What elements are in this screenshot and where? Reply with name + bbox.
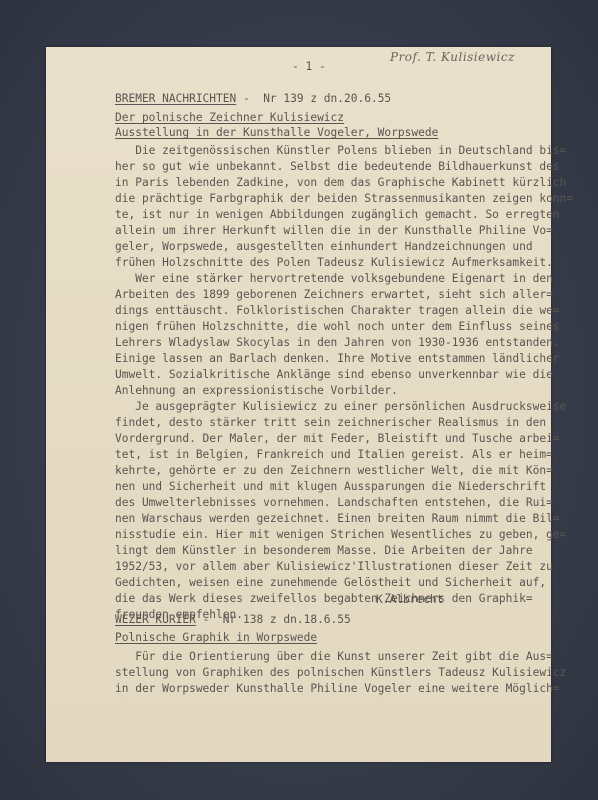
page-number: - 1 - bbox=[292, 60, 326, 74]
article-header: WEZER KURIER - Nr 138 z dn.18.6.55 bbox=[115, 613, 351, 627]
author-signature: K.Albrecht bbox=[376, 593, 443, 607]
body-line: Je ausgeprägter Kulisiewicz zu einer per… bbox=[115, 400, 566, 414]
body-line: nisstudie ein. Hier mit wenigen Strichen… bbox=[115, 528, 566, 542]
body-line: allein um ihrer Herkunft willen die in d… bbox=[115, 224, 553, 238]
article-title: Polnische Graphik in Worpswede bbox=[115, 631, 317, 645]
document-page: - 1 - Prof. T. Kulisiewicz BREMER NACHRI… bbox=[46, 47, 551, 762]
body-line: die das Werk dieses zweifellos begabten … bbox=[115, 592, 533, 606]
body-line: Die zeitgenössischen Künstler Polens bli… bbox=[115, 144, 566, 158]
body-line: kehrte, gehörte er zu den Zeichnern west… bbox=[115, 464, 553, 478]
body-line: des Umwelterlebnisses vornehmen. Landsch… bbox=[115, 496, 553, 510]
issue-info: - Nr 138 z dn.18.6.55 bbox=[196, 613, 351, 626]
body-line: frühen Holzschnitte des Polen Tadeusz Ku… bbox=[115, 256, 553, 270]
body-line: in der Worpsweder Kunsthalle Philine Vog… bbox=[115, 682, 560, 696]
body-line: dings enttäuscht. Folkloristischen Chara… bbox=[115, 304, 560, 318]
body-line: nen und Sicherheit und mit klugen Ausspa… bbox=[115, 480, 546, 494]
body-line: stellung von Graphiken des polnischen Kü… bbox=[115, 666, 566, 680]
body-line: Gedichten, weisen eine zunehmende Gelöst… bbox=[115, 576, 546, 590]
newspaper-name: WEZER KURIER bbox=[115, 613, 196, 626]
body-line: findet, desto stärker tritt sein zeichne… bbox=[115, 416, 546, 430]
article-header: BREMER NACHRICHTEN - Nr 139 z dn.20.6.55 bbox=[115, 92, 391, 106]
body-line: lingt dem Künstler in besonderem Masse. … bbox=[115, 544, 533, 558]
article-title-line-2: Ausstellung in der Kunsthalle Vogeler, W… bbox=[115, 126, 438, 140]
body-line: te, ist nur in wenigen Abbildungen zugän… bbox=[115, 208, 560, 222]
body-line: Lehrers Wladyslaw Skocylas in den Jahren… bbox=[115, 336, 560, 350]
handwritten-annotation: Prof. T. Kulisiewicz bbox=[390, 50, 515, 64]
body-line: her so gut wie unbekannt. Selbst die bed… bbox=[115, 160, 560, 174]
issue-info: - Nr 139 z dn.20.6.55 bbox=[236, 92, 391, 105]
body-line: geler, Worpswede, ausgestellten einhunde… bbox=[115, 240, 533, 254]
body-line: tet, ist in Belgien, Frankreich und Ital… bbox=[115, 448, 553, 462]
body-line: Anlehnung an expressionistische Vorbilde… bbox=[115, 384, 398, 398]
body-line: nen Warschaus werden gezeichnet. Einen b… bbox=[115, 512, 560, 526]
body-line: 1952/53, vor allem aber Kulisiewicz'Illu… bbox=[115, 560, 553, 574]
body-line: Vordergrund. Der Maler, der mit Feder, B… bbox=[115, 432, 560, 446]
body-line: Umwelt. Sozialkritische Anklänge sind eb… bbox=[115, 368, 553, 382]
body-line: Arbeiten des 1899 geborenen Zeichners er… bbox=[115, 288, 553, 302]
body-line: nigen frühen Holzschnitte, die wohl noch… bbox=[115, 320, 560, 334]
body-line: die prächtige Farbgraphik der beiden Str… bbox=[115, 192, 573, 206]
newspaper-name: BREMER NACHRICHTEN bbox=[115, 92, 236, 105]
body-line: in Paris lebenden Zadkine, von dem das G… bbox=[115, 176, 566, 190]
body-line: Wer eine stärker hervortretende volksgeb… bbox=[115, 272, 553, 286]
body-line: Für die Orientierung über die Kunst unse… bbox=[115, 650, 553, 664]
article-title-line-1: Der polnische Zeichner Kulisiewicz bbox=[115, 111, 344, 125]
body-line: Einige lassen an Barlach denken. Ihre Mo… bbox=[115, 352, 560, 366]
